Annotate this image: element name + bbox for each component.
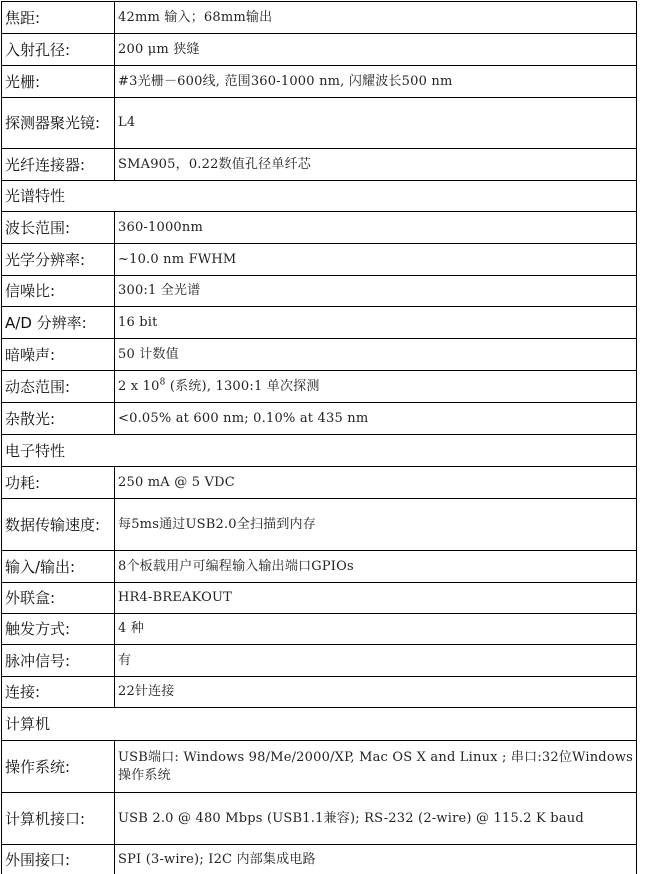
spec-table: 焦距: 42mm 输入；68mm输出 入射孔径: 200 μm 狭缝 光栅: #… (1, 1, 637, 874)
spec-row-grating: 光栅: #3光栅－600线, 范围360-1000 nm, 闪耀波长500 nm (2, 66, 637, 98)
spec-row-operating-system: 操作系统: USB端口: Windows 98/Me/2000/XP, Mac … (2, 741, 637, 793)
spec-row-dynamic-range: 动态范围: 2 x 108 (系统), 1300:1 单次探测 (2, 371, 637, 403)
section-heading: 电子特性 (2, 435, 637, 467)
spec-row-breakout-box: 外联盒: HR4-BREAKOUT (2, 583, 637, 614)
spec-row-connector: 连接: 22针连接 (2, 677, 637, 708)
spec-row-focal-length: 焦距: 42mm 输入；68mm输出 (2, 2, 637, 34)
spec-row-power: 功耗: 250 mA @ 5 VDC (2, 467, 637, 499)
spec-row-entrance-aperture: 入射孔径: 200 μm 狭缝 (2, 34, 637, 66)
spec-label: 波长范围: (2, 212, 115, 244)
section-row-spectral: 光谱特性 (2, 181, 637, 212)
spec-label: 输入/输出: (2, 551, 115, 583)
spec-label: 数据传输速度: (2, 499, 115, 551)
spec-value: L4 (115, 98, 637, 149)
spec-value: 200 μm 狭缝 (115, 34, 637, 66)
value-prefix: 2 x 10 (118, 379, 160, 394)
spec-label: 功耗: (2, 467, 115, 499)
spec-row-detector-lens: 探测器聚光镜: L4 (2, 98, 637, 149)
spec-label: 光纤连接器: (2, 149, 115, 181)
spec-value: USB 2.0 @ 480 Mbps (USB1.1兼容); RS-232 (2… (115, 793, 637, 845)
spec-row-peripheral-interface: 外围接口: SPI (3-wire); I2C 内部集成电路 (2, 845, 637, 874)
spec-row-computer-interface: 计算机接口: USB 2.0 @ 480 Mbps (USB1.1兼容); RS… (2, 793, 637, 845)
section-row-electronic: 电子特性 (2, 435, 637, 467)
spec-label: A/D 分辨率: (2, 307, 115, 339)
section-row-computer: 计算机 (2, 708, 637, 741)
spec-row-ad-resolution: A/D 分辨率: 16 bit (2, 307, 637, 339)
spec-label: 入射孔径: (2, 34, 115, 66)
spec-label: 外联盒: (2, 583, 115, 614)
section-heading: 光谱特性 (2, 181, 637, 212)
spec-row-data-transfer: 数据传输速度: 每5ms通过USB2.0全扫描到内存 (2, 499, 637, 551)
spec-label: 光栅: (2, 66, 115, 98)
spec-row-io: 输入/输出: 8个板载用户可编程输入输出端口GPIOs (2, 551, 637, 583)
spec-value: 每5ms通过USB2.0全扫描到内存 (115, 499, 637, 551)
spec-value: 42mm 输入；68mm输出 (115, 2, 637, 34)
spec-label: 外围接口: (2, 845, 115, 874)
spec-row-stray-light: 杂散光: <0.05% at 600 nm; 0.10% at 435 nm (2, 403, 637, 435)
spec-value: 360-1000nm (115, 212, 637, 244)
spec-label: 脉冲信号: (2, 645, 115, 677)
spec-label: 触发方式: (2, 614, 115, 645)
spec-label: 杂散光: (2, 403, 115, 435)
spec-row-pulse-signal: 脉冲信号: 有 (2, 645, 637, 677)
spec-value: 22针连接 (115, 677, 637, 708)
spec-label: 动态范围: (2, 371, 115, 403)
spec-label: 信噪比: (2, 276, 115, 307)
spec-label: 连接: (2, 677, 115, 708)
spec-value: 2 x 108 (系统), 1300:1 单次探测 (115, 371, 637, 403)
spec-row-wavelength-range: 波长范围: 360-1000nm (2, 212, 637, 244)
spec-value: 4 种 (115, 614, 637, 645)
spec-value: ~10.0 nm FWHM (115, 244, 637, 276)
spec-value: 16 bit (115, 307, 637, 339)
section-heading: 计算机 (2, 708, 637, 741)
spec-value: 250 mA @ 5 VDC (115, 467, 637, 499)
spec-value: 有 (115, 645, 637, 677)
spec-value: SPI (3-wire); I2C 内部集成电路 (115, 845, 637, 874)
spec-label: 暗噪声: (2, 339, 115, 371)
spec-row-optical-resolution: 光学分辨率: ~10.0 nm FWHM (2, 244, 637, 276)
spec-value: #3光栅－600线, 范围360-1000 nm, 闪耀波长500 nm (115, 66, 637, 98)
spec-value: HR4-BREAKOUT (115, 583, 637, 614)
spec-label: 计算机接口: (2, 793, 115, 845)
spec-label: 焦距: (2, 2, 115, 34)
spec-label: 探测器聚光镜: (2, 98, 115, 149)
spec-value: SMA905，0.22数值孔径单纤芯 (115, 149, 637, 181)
spec-row-snr: 信噪比: 300:1 全光谱 (2, 276, 637, 307)
spec-row-dark-noise: 暗噪声: 50 计数值 (2, 339, 637, 371)
spec-label: 操作系统: (2, 741, 115, 793)
spec-value: 50 计数值 (115, 339, 637, 371)
spec-value: <0.05% at 600 nm; 0.10% at 435 nm (115, 403, 637, 435)
spec-value: 300:1 全光谱 (115, 276, 637, 307)
spec-value: USB端口: Windows 98/Me/2000/XP, Mac OS X a… (115, 741, 637, 793)
spec-row-fiber-connector: 光纤连接器: SMA905，0.22数值孔径单纤芯 (2, 149, 637, 181)
spec-label: 光学分辨率: (2, 244, 115, 276)
spec-row-trigger-modes: 触发方式: 4 种 (2, 614, 637, 645)
spec-value: 8个板载用户可编程输入输出端口GPIOs (115, 551, 637, 583)
value-suffix: (系统), 1300:1 单次探测 (166, 379, 320, 394)
